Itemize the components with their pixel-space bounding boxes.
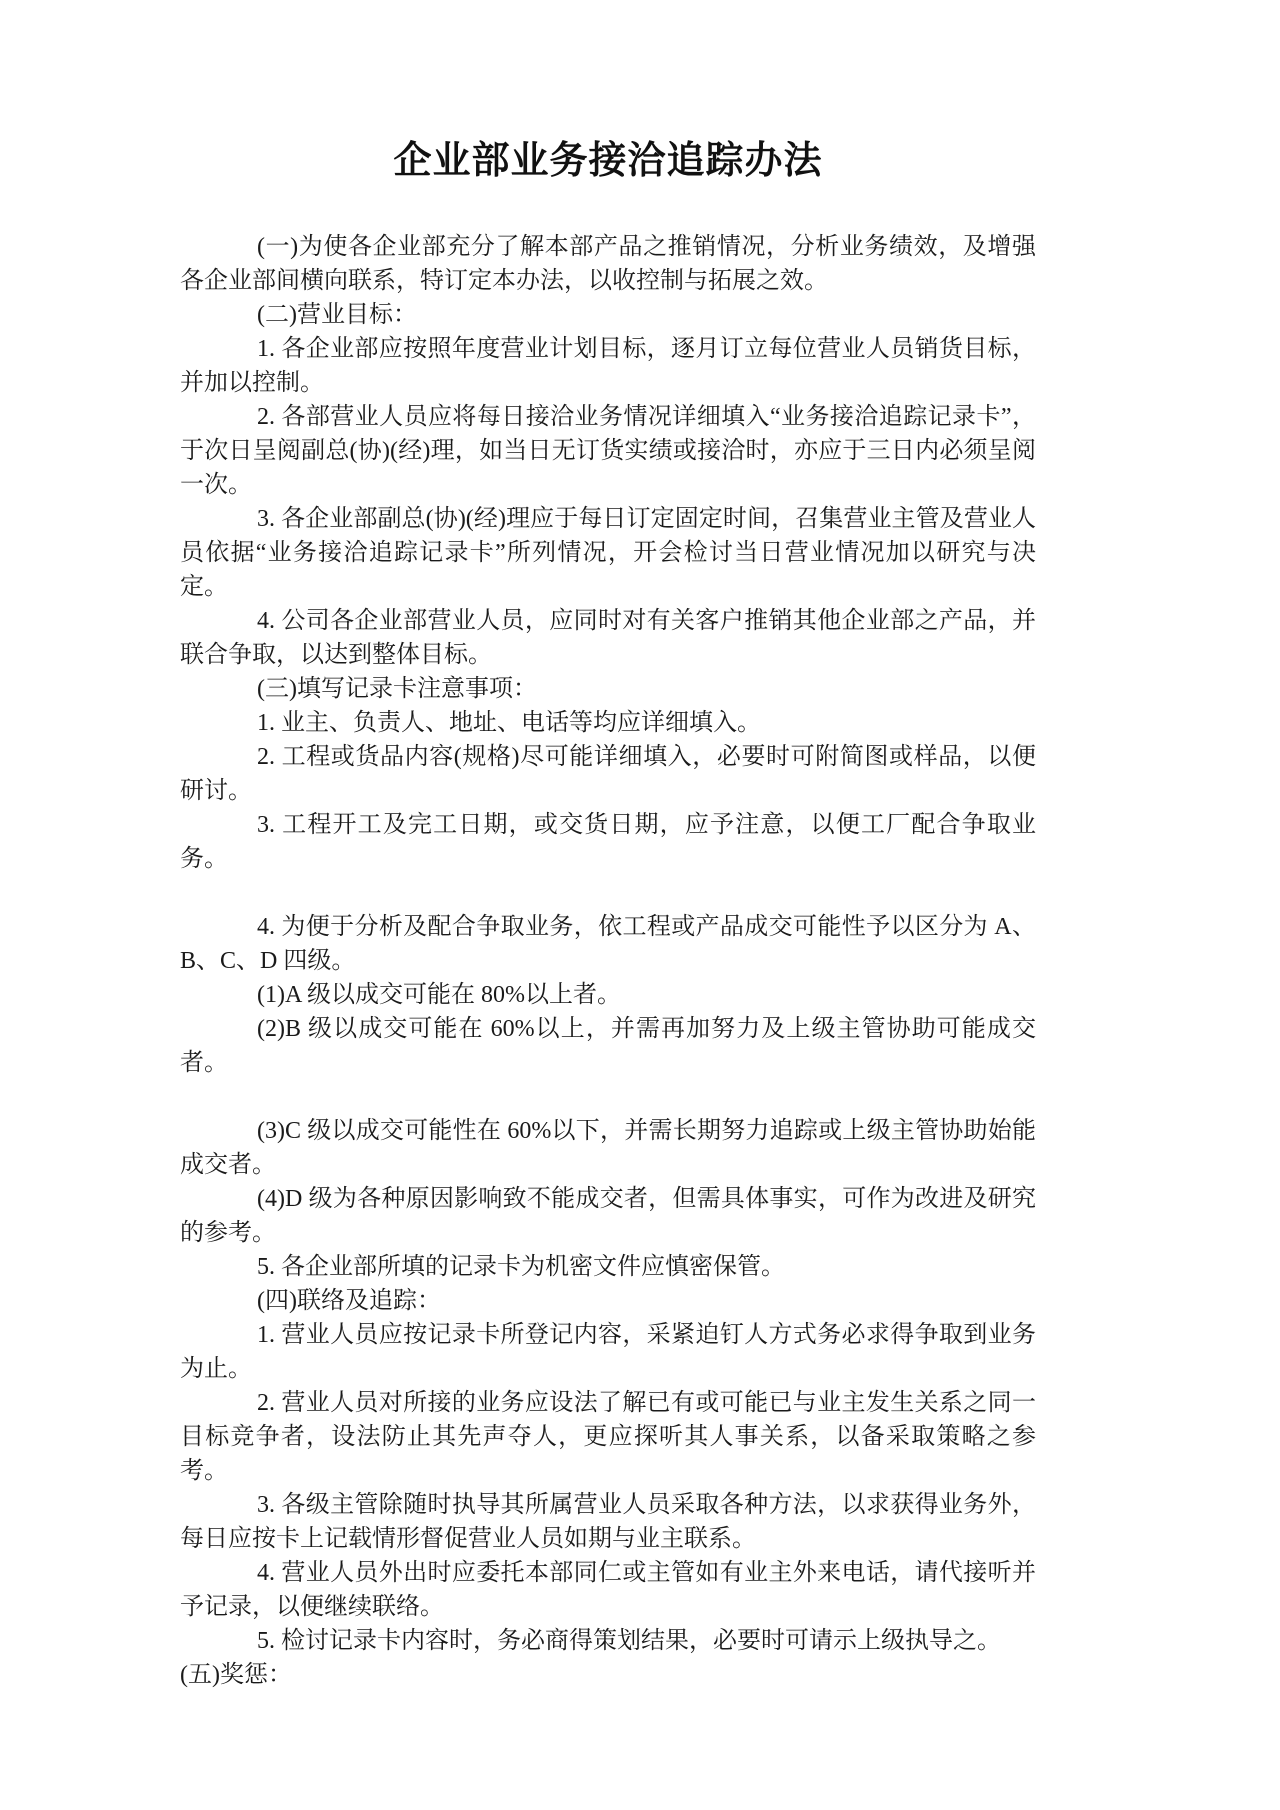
document-title: 企业部业务接洽追踪办法 bbox=[180, 140, 1036, 182]
paragraph: 1. 业主、负责人、地址、电话等均应详细填入。 bbox=[180, 706, 1036, 740]
paragraph: (三)填写记录卡注意事项： bbox=[180, 672, 1036, 706]
paragraph: 4. 公司各企业部营业人员，应同时对有关客户推销其他企业部之产品，并联合争取，以… bbox=[180, 604, 1036, 672]
paragraph: 2. 各部营业人员应将每日接洽业务情况详细填入“业务接洽追踪记录卡”，于次日呈阅… bbox=[180, 400, 1036, 502]
paragraph: (一)为使各企业部充分了解本部产品之推销情况，分析业务绩效，及增强各企业部间横向… bbox=[180, 230, 1036, 298]
paragraph: (3)C 级以成交可能性在 60%以下，并需长期努力追踪或上级主管协助始能成交者… bbox=[180, 1114, 1036, 1182]
paragraph: 2. 营业人员对所接的业务应设法了解已有或可能已与业主发生关系之同一目标竞争者，… bbox=[180, 1386, 1036, 1488]
blank-line bbox=[180, 876, 1036, 910]
paragraph: 1. 各企业部应按照年度营业计划目标，逐月订立每位营业人员销货目标，并加以控制。 bbox=[180, 332, 1036, 400]
paragraph: 3. 各级主管除随时执导其所属营业人员采取各种方法，以求获得业务外，每日应按卡上… bbox=[180, 1488, 1036, 1556]
paragraph: (2)B 级以成交可能在 60%以上，并需再加努力及上级主管协助可能成交者。 bbox=[180, 1012, 1036, 1080]
document-page: 企业部业务接洽追踪办法 (一)为使各企业部充分了解本部产品之推销情况，分析业务绩… bbox=[0, 0, 1280, 1810]
paragraph: 5. 各企业部所填的记录卡为机密文件应慎密保管。 bbox=[180, 1250, 1036, 1284]
paragraph: 1. 营业人员应按记录卡所登记内容，采紧迫钉人方式务必求得争取到业务为止。 bbox=[180, 1318, 1036, 1386]
paragraph: (四)联络及追踪： bbox=[180, 1284, 1036, 1318]
paragraph: 2. 工程或货品内容(规格)尽可能详细填入，必要时可附简图或样品，以便研讨。 bbox=[180, 740, 1036, 808]
paragraph: (4)D 级为各种原因影响致不能成交者，但需具体事实，可作为改进及研究的参考。 bbox=[180, 1182, 1036, 1250]
paragraph: 5. 检讨记录卡内容时，务必商得策划结果，必要时可请示上级执导之。 bbox=[180, 1624, 1036, 1658]
paragraph: 3. 各企业部副总(协)(经)理应于每日订定固定时间，召集营业主管及营业人员依据… bbox=[180, 502, 1036, 604]
paragraph: 4. 为便于分析及配合争取业务，依工程或产品成交可能性予以区分为 A、B、C、D… bbox=[180, 910, 1036, 978]
paragraph: 3. 工程开工及完工日期，或交货日期，应予注意，以便工厂配合争取业务。 bbox=[180, 808, 1036, 876]
paragraph: 4. 营业人员外出时应委托本部同仁或主管如有业主外来电话，请代接听并予记录，以便… bbox=[180, 1556, 1036, 1624]
document-body: (一)为使各企业部充分了解本部产品之推销情况，分析业务绩效，及增强各企业部间横向… bbox=[180, 230, 1036, 1692]
paragraph: (五)奖惩： bbox=[180, 1658, 1036, 1692]
blank-line bbox=[180, 1080, 1036, 1114]
paragraph: (1)A 级以成交可能在 80%以上者。 bbox=[180, 978, 1036, 1012]
paragraph: (二)营业目标： bbox=[180, 298, 1036, 332]
